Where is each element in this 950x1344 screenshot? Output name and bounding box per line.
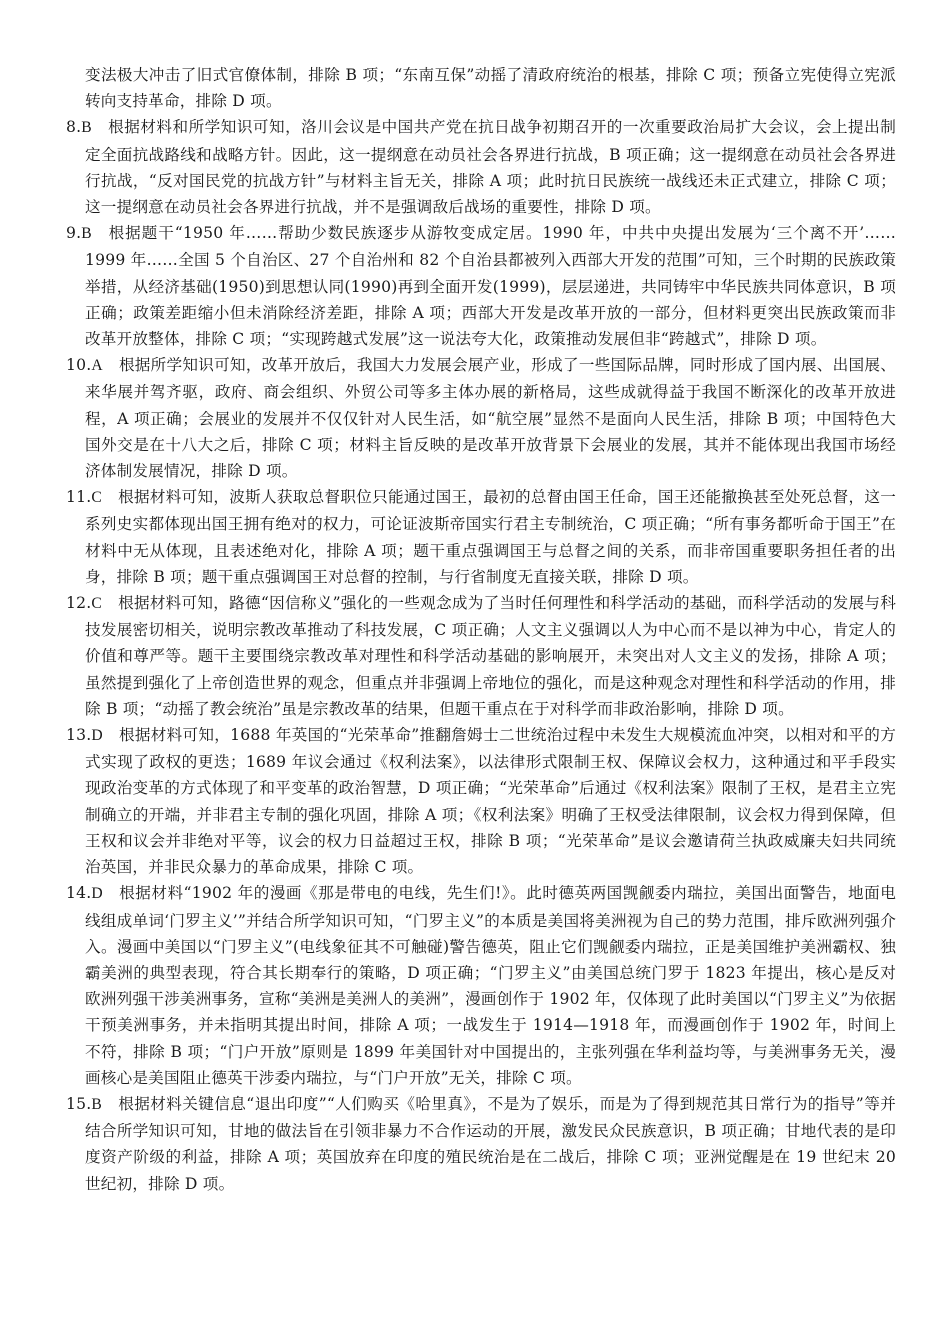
item-answer: B: [91, 1096, 102, 1113]
item-number: 14.: [66, 884, 91, 902]
item-number: 8.: [66, 118, 81, 136]
answer-item-15: 15.B根据材料关键信息“退出印度”“人们购买《哈里真》，不是为了娱乐，而是为了…: [66, 1091, 896, 1197]
answer-item-8: 8.B根据材料和所学知识可知，洛川会议是中国共产党在抗日战争初期召开的一次重要政…: [66, 114, 896, 220]
item-explanation: 根据材料“1902 年的漫画《那是带电的电线，先生们!》。此时德英两国觊觎委内瑞…: [85, 884, 896, 1086]
item-number: 11.: [66, 488, 91, 506]
item-answer: C: [91, 595, 102, 612]
item-explanation: 根据材料和所学知识可知，洛川会议是中国共产党在抗日战争初期召开的一次重要政治局扩…: [85, 118, 896, 216]
item-explanation: 根据材料可知，路德“因信称义”强化的一些观念成为了当时任何理性和科学活动的基础，…: [85, 594, 896, 718]
answer-item-12: 12.C根据材料可知，路德“因信称义”强化的一些观念成为了当时任何理性和科学活动…: [66, 590, 896, 722]
item-explanation: 根据所学知识可知，改革开放后，我国大力发展会展产业，形成了一些国际品牌，同时形成…: [85, 356, 896, 480]
item-answer: B: [81, 225, 92, 242]
answer-item-9: 9.B根据题干“1950 年……帮助少数民族逐步从游牧变成定居。1990 年，中…: [66, 220, 896, 352]
item-number: 13.: [66, 726, 91, 744]
item-number: 15.: [66, 1095, 91, 1113]
item-explanation: 根据材料关键信息“退出印度”“人们购买《哈里真》，不是为了娱乐，而是为了得到规范…: [85, 1095, 896, 1193]
item-answer: C: [91, 489, 102, 506]
answer-item-11: 11.C根据材料可知，波斯人获取总督职位只能通过国王，最初的总督由国王任命，国王…: [66, 484, 896, 590]
item-answer: D: [91, 885, 102, 902]
item-number: 12.: [66, 594, 91, 612]
answer-item-13: 13.D根据材料可知，1688 年英国的“光荣革命”推翻詹姆士二世统治过程中未发…: [66, 722, 896, 880]
item-explanation: 根据题干“1950 年……帮助少数民族逐步从游牧变成定居。1990 年，中共中央…: [85, 224, 896, 348]
item-number: 10.: [66, 356, 91, 374]
answer-explanations-page: 变法极大冲击了旧式官僚体制，排除 B 项；“东南互保”动摇了清政府统治的根基，排…: [66, 62, 896, 1197]
item-number: 9.: [66, 224, 81, 242]
item-explanation: 根据材料可知，1688 年英国的“光荣革命”推翻詹姆士二世统治过程中未发生大规模…: [85, 726, 896, 876]
answer-item-10: 10.A根据所学知识可知，改革开放后，我国大力发展会展产业，形成了一些国际品牌，…: [66, 352, 896, 484]
item-answer: B: [81, 119, 92, 136]
item-answer: A: [91, 357, 102, 374]
item-explanation: 根据材料可知，波斯人获取总督职位只能通过国王，最初的总督由国王任命，国王还能撤换…: [85, 488, 896, 586]
previous-item-continuation: 变法极大冲击了旧式官僚体制，排除 B 项；“东南互保”动摇了清政府统治的根基，排…: [66, 62, 896, 114]
item-answer: D: [91, 727, 102, 744]
answer-item-14: 14.D根据材料“1902 年的漫画《那是带电的电线，先生们!》。此时德英两国觊…: [66, 880, 896, 1091]
